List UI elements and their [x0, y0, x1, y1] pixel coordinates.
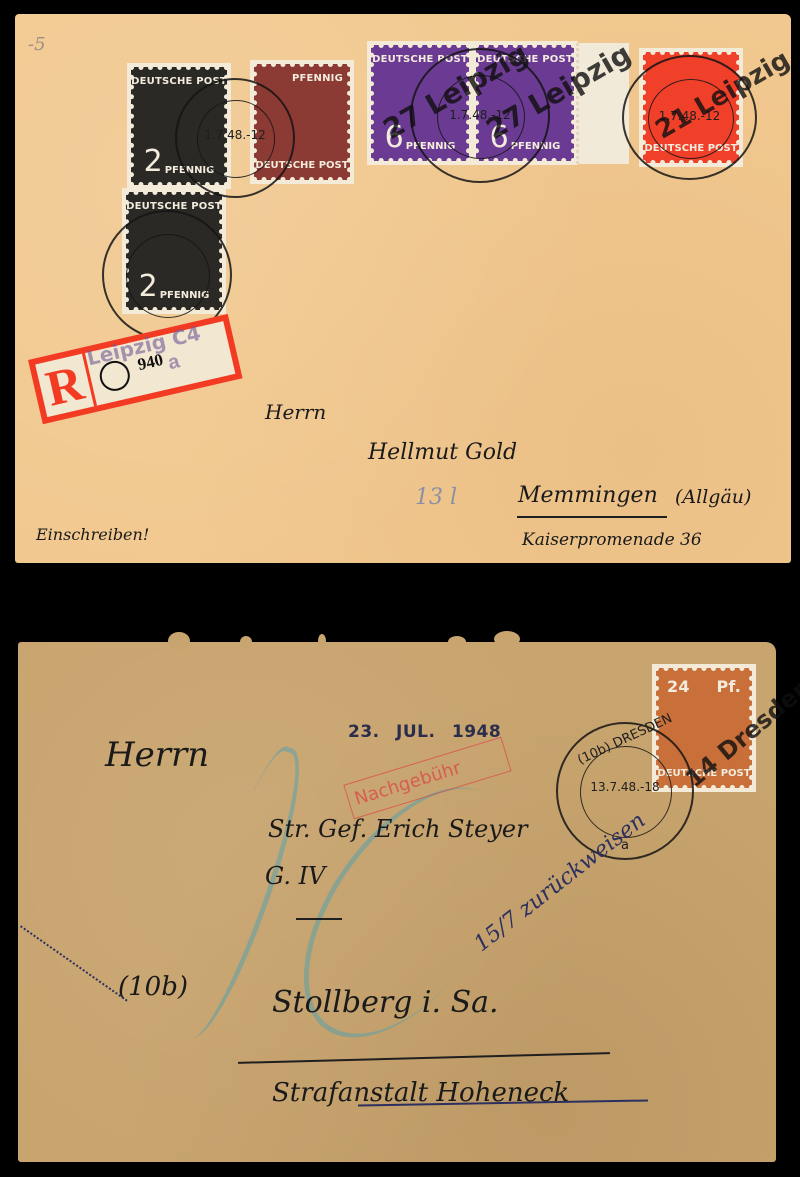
stamp-value: 2 [144, 148, 163, 176]
registered-instruction: Einschreiben! [36, 525, 149, 544]
recipient-line-2: G. IV [265, 862, 325, 890]
torn-edge [494, 631, 520, 647]
stamp-unit: PFENNIG [292, 73, 343, 84]
salutation: Herrn [265, 400, 326, 424]
torn-edge [318, 634, 326, 648]
registration-overstamp-suffix: a [166, 350, 182, 375]
postmark-leipzig-1: 1.7.48.-12 [175, 78, 295, 198]
torn-edge [448, 636, 466, 648]
recipient-line-1: Str. Gef. Erich Steyer [268, 815, 528, 843]
line2-underline [296, 918, 342, 920]
city: Memmingen [518, 483, 658, 508]
region: (Allgäu) [675, 486, 751, 508]
pencil-note: 13 l [415, 485, 457, 510]
city: Stollberg i. Sa. [272, 985, 499, 1020]
recipient-name: Hellmut Gold [368, 440, 517, 465]
salutation: Herrn [105, 735, 209, 775]
torn-edge [168, 632, 190, 650]
city-underline [517, 516, 667, 518]
postcode-note: (10b) [118, 972, 188, 1002]
stamp-unit: Pf. [717, 677, 742, 696]
receiving-date-stamp: 23. JUL. 1948 [348, 722, 501, 742]
stamp-value: 24 [667, 677, 690, 696]
street: Kaiserpromenade 36 [522, 530, 702, 550]
corner-pencil-mark: -5 [28, 34, 46, 55]
torn-edge [240, 636, 252, 648]
